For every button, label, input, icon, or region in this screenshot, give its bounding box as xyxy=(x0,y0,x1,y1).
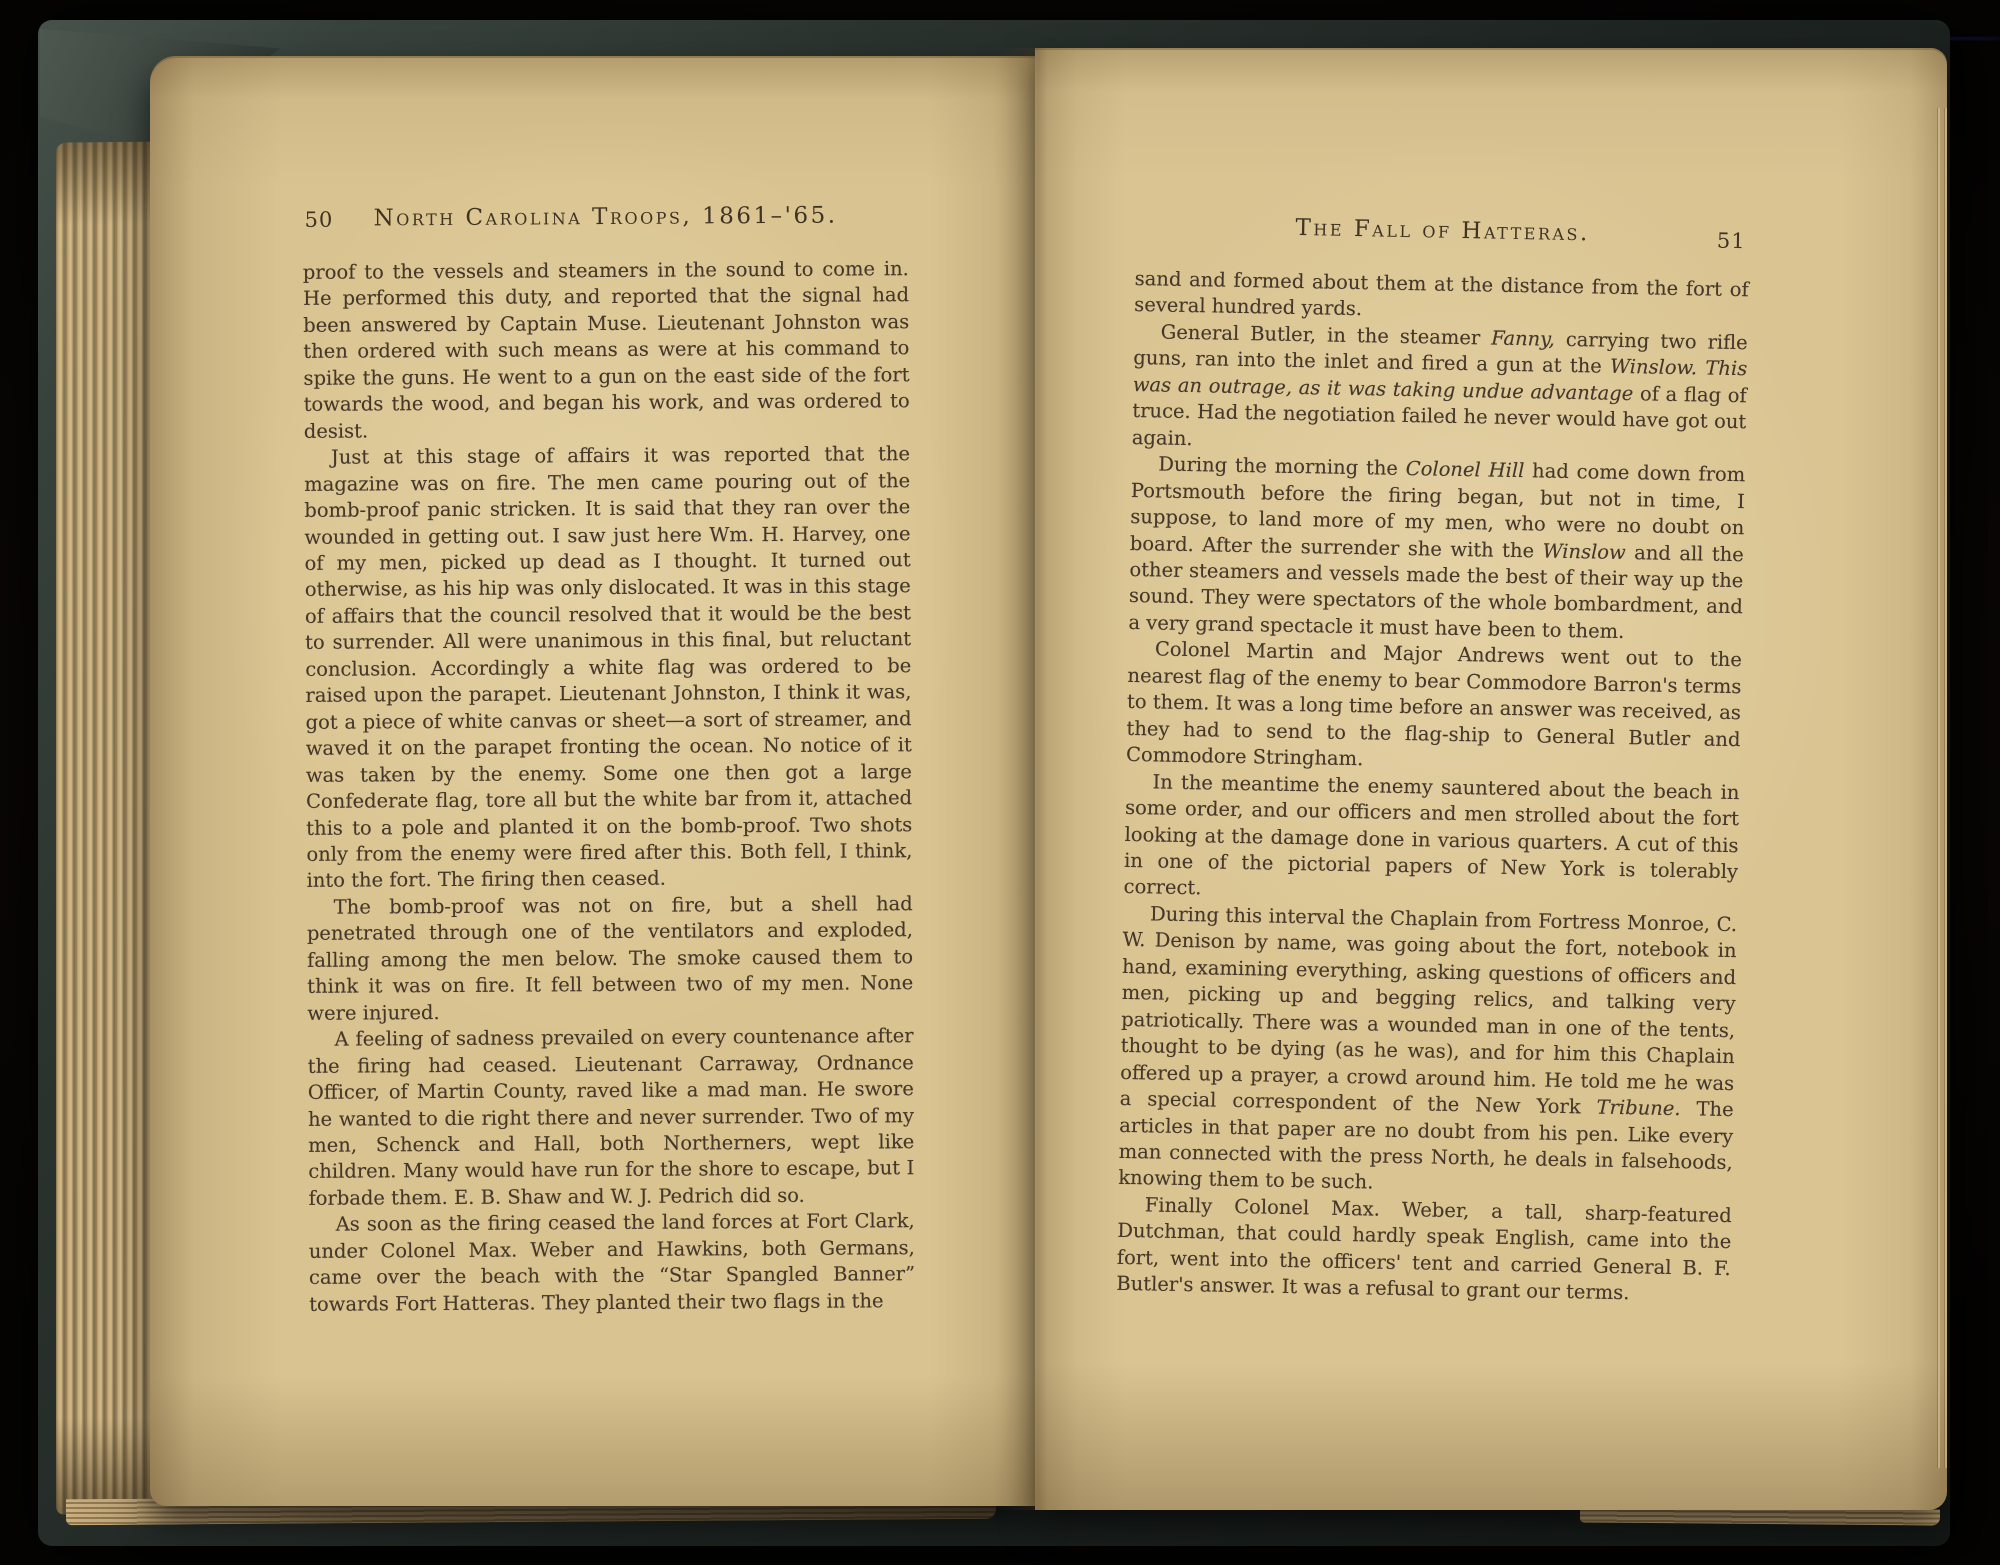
paragraph: A feeling of sadness prevailed on every … xyxy=(307,1023,914,1212)
text-run: During the morning the xyxy=(1158,453,1406,481)
italic-text-run: Fanny, xyxy=(1491,326,1555,350)
paragraph: As soon as the firing ceased the land fo… xyxy=(309,1208,916,1318)
text-run: Finally Colonel Max. Weber, a tall, shar… xyxy=(1116,1193,1732,1304)
italic-text-run: Tribune. xyxy=(1596,1096,1680,1121)
paragraph: Colonel Martin and Major Andrews went ou… xyxy=(1126,636,1742,779)
italic-text-run: Winslow. xyxy=(1610,355,1697,380)
text-run: Colonel Martin and Major Andrews went ou… xyxy=(1126,638,1742,771)
paragraph: The bomb-proof was not on fire, but a sh… xyxy=(307,891,914,1027)
paragraph: Finally Colonel Max. Weber, a tall, shar… xyxy=(1116,1192,1732,1309)
paragraph: proof to the vessels and steamers in the… xyxy=(303,256,910,445)
paragraph: General Butler, in the steamer Fanny, ca… xyxy=(1132,319,1748,462)
left-page-number: 50 xyxy=(304,208,333,232)
photo-scene: ← 11 x 17 → 50 North Carolina Troops, 18… xyxy=(0,0,2000,1565)
text-run: In the meantime the enemy sauntered abou… xyxy=(1123,770,1739,900)
right-page-number: 51 xyxy=(1717,229,1746,254)
left-running-head: North Carolina Troops, 1861–'65. xyxy=(302,202,908,232)
italic-text-run: Colonel Hill xyxy=(1406,457,1525,482)
text-run: General Butler, in the steamer xyxy=(1161,320,1492,349)
right-page-text: The Fall of Hatteras. 51 sand and formed… xyxy=(1114,212,1750,1433)
text-run: A feeling of sadness prevailed on every … xyxy=(308,1024,915,1209)
text-run: During this interval the Chaplain from F… xyxy=(1120,902,1738,1118)
left-page-text: 50 North Carolina Troops, 1861–'65. proo… xyxy=(302,202,915,1366)
text-run: The bomb-proof was not on fire, but a sh… xyxy=(307,892,913,1025)
left-page-body: proof to the vessels and steamers in the… xyxy=(303,256,915,1318)
paragraph: In the meantime the enemy sauntered abou… xyxy=(1123,769,1739,912)
paragraph: During the morning the Colonel Hill had … xyxy=(1128,451,1745,647)
text-run: As soon as the firing ceased the land fo… xyxy=(309,1209,915,1315)
italic-text-run: Winslow xyxy=(1542,539,1626,564)
text-run: proof to the vessels and steamers in the… xyxy=(303,257,910,442)
paragraph: During this interval the Chaplain from F… xyxy=(1118,901,1737,1203)
text-run: Just at this stage of affairs it was rep… xyxy=(304,442,912,892)
right-page-body: sand and formed about them at the distan… xyxy=(1116,266,1749,1309)
text-run: sand and formed about them at the distan… xyxy=(1134,267,1749,321)
left-running-head-row: 50 North Carolina Troops, 1861–'65. xyxy=(302,202,908,248)
page-gutter xyxy=(995,48,1077,1510)
paragraph: Just at this stage of affairs it was rep… xyxy=(304,441,913,894)
